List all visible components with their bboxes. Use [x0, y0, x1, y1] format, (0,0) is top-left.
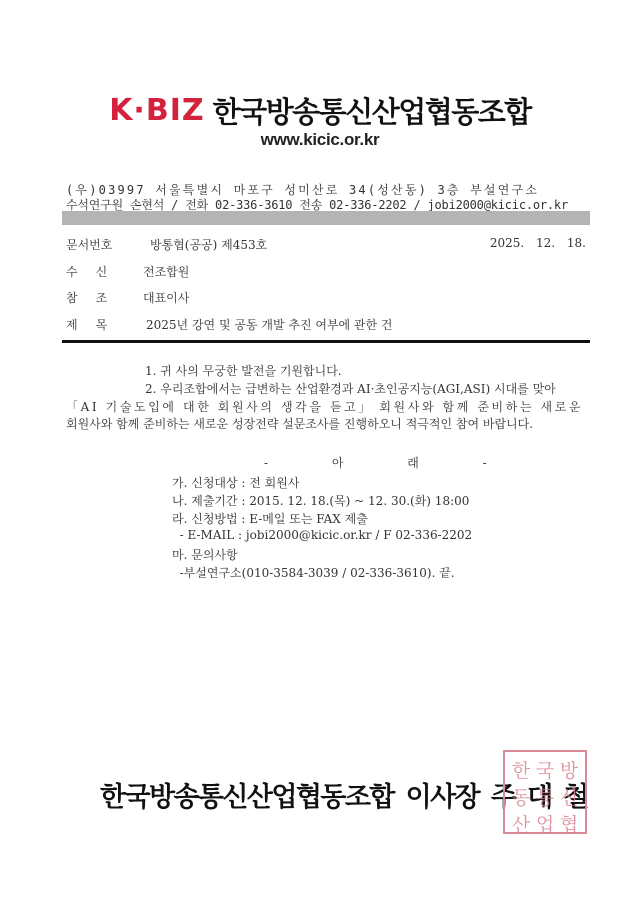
subject-row: 제목 2025년 강연 및 공동 개발 추진 여부에 관한 건 [66, 316, 590, 334]
details-heading: - 아 래 - [264, 454, 487, 471]
meta-divider [62, 340, 590, 343]
body-paragraph-3: 「AI 기술도입에 대한 회원사의 생각을 듣고」 회원사와 함께 준비하는 새… [66, 398, 591, 415]
doc-date: 2025. 12. 18. [490, 236, 586, 250]
recipient-row: 수신 전조합원 [66, 263, 590, 281]
recipient: 전조합원 [143, 263, 189, 280]
org-name: 한국방송통신산업협동조합 [213, 90, 531, 131]
doc-number: 방통협(공공) 제453호 [150, 236, 267, 253]
seal-char: 한 [509, 756, 533, 783]
body-paragraph-1: 1. 귀 사의 무궁한 발전을 기원합니다. [145, 362, 342, 379]
detail-item: 마. 문의사항 [172, 546, 238, 563]
reference-row: 참조 대표이사 [66, 289, 590, 307]
doc-number-row: 문서번호 방통협(공공) 제453호 2025. 12. 18. [66, 236, 590, 254]
subject-label: 제목 [66, 316, 125, 333]
seal-char: 산 [509, 810, 533, 837]
subject: 2025년 강연 및 공동 개발 추진 여부에 관한 건 [146, 316, 393, 333]
detail-item: 라. 신청방법 : E-메일 또는 FAX 제출 [172, 510, 368, 527]
seal-char: 통 [533, 783, 557, 810]
detail-item: 나. 제출기간 : 2015. 12. 18.(목) ~ 12. 30.(화) … [172, 492, 469, 509]
seal-char: 국 [533, 756, 557, 783]
letterhead-logo: K·BIZ 한국방송통신산업협동조합 [0, 92, 640, 128]
body-paragraph-4: 회원사와 함께 준비하는 새로운 성장전략 설문조사를 진행하오니 적극적인 참… [66, 415, 533, 432]
body-paragraph-2: 2. 우리조합에서는 급변하는 산업환경과 AI·초인공지능(AGI,ASI) … [145, 380, 591, 397]
seal-char: 동 [509, 783, 533, 810]
website-link[interactable]: www.kicic.or.kr [0, 130, 640, 150]
seal-char: 방 [557, 756, 581, 783]
detail-item: 가. 신청대상 : 전 회원사 [172, 474, 299, 491]
official-seal: 한 국 방 동 통 신 산 업 협 [503, 750, 587, 834]
header-divider [62, 211, 590, 225]
seal-char: 업 [533, 810, 557, 837]
reference-label: 참조 [66, 289, 125, 306]
detail-item-contact: -부설연구소(010-3584-3039 / 02-336-3610). 끝. [172, 564, 455, 581]
detail-item-email: - E-MAIL : jobi2000@kicic.or.kr / F 02-3… [172, 528, 472, 542]
doc-number-label: 문서번호 [66, 236, 112, 253]
recipient-label: 수신 [66, 263, 125, 280]
seal-char: 협 [557, 810, 581, 837]
seal-char: 신 [557, 783, 581, 810]
kbiz-logo: K·BIZ [109, 93, 204, 128]
reference: 대표이사 [143, 289, 189, 306]
